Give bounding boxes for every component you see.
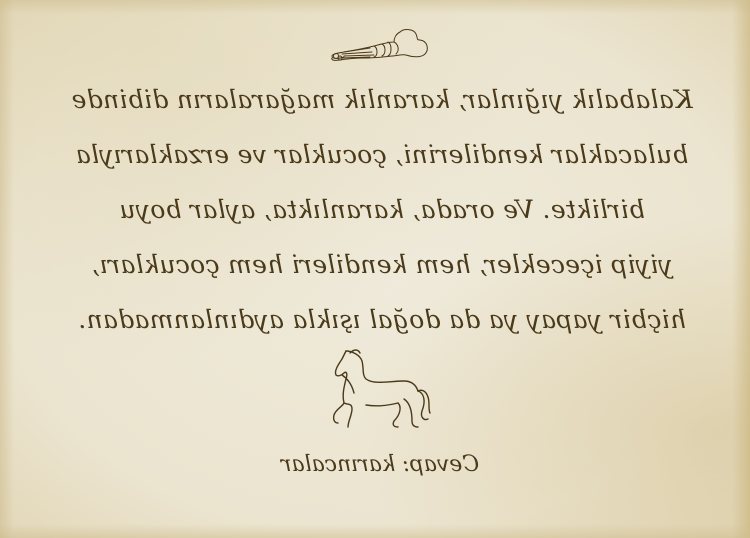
paper-edge-right xyxy=(732,0,750,538)
riddle-line-1: Kalabalık yığınlar, karanlık mağaraların… xyxy=(62,72,702,127)
horse-sketch-icon xyxy=(318,345,438,430)
paper-edge-bottom xyxy=(0,524,750,538)
riddle-text: Kalabalık yığınlar, karanlık mağaraların… xyxy=(62,72,702,347)
riddle-line-2: bulacaklar kendilerini, çocuklar ve erza… xyxy=(62,127,702,182)
riddle-line-5: hiçbir yapay ya da doğal ışıkla aydınlan… xyxy=(62,292,702,347)
paper-edge-left xyxy=(0,0,14,538)
riddle-line-3: birlikte. Ve orada, karanlıkta, aylar bo… xyxy=(62,182,702,237)
paper-edge-top xyxy=(0,0,750,14)
riddle-line-4: yiyip içecekler, hem kendileri hem çocuk… xyxy=(62,237,702,292)
riddle-answer: Cevap: karıncalar xyxy=(260,445,500,485)
foot-bones-sketch-icon xyxy=(330,26,430,62)
